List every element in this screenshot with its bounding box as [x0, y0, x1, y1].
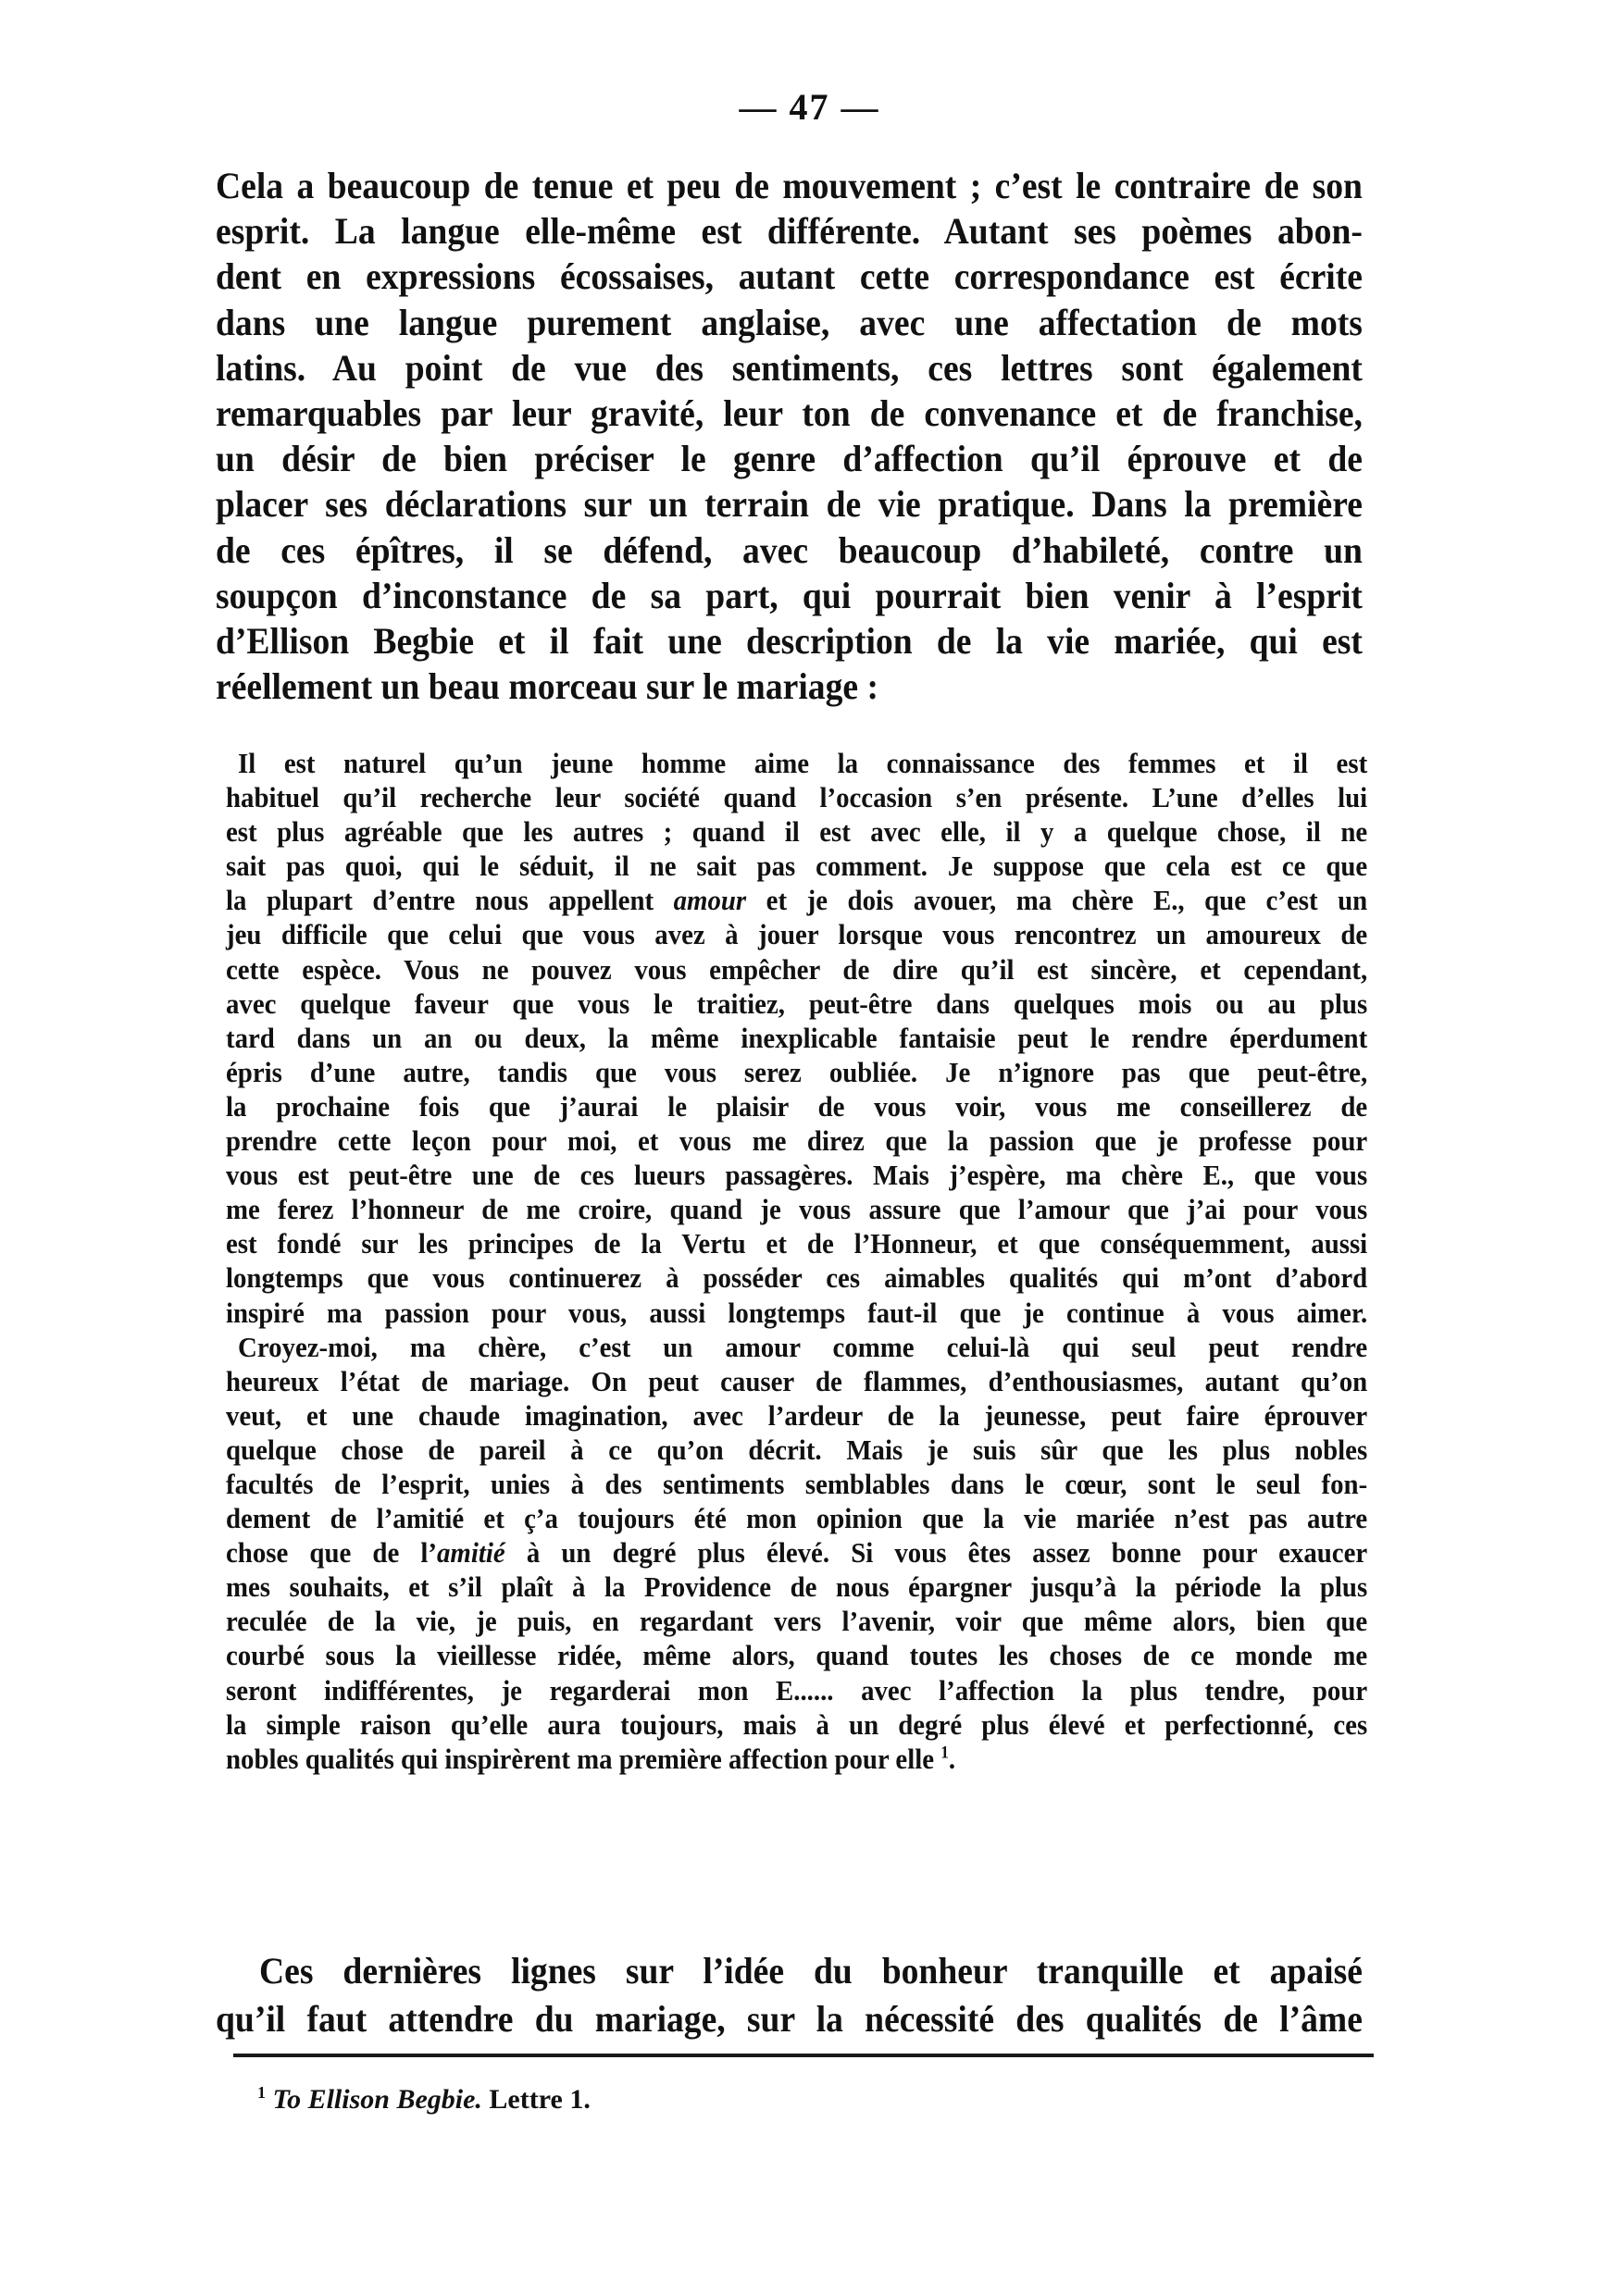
quote-line: prendre cette leçon pour moi, et vous me… [226, 1123, 1367, 1158]
quote-line: est plus agréable que les autres ; quand… [226, 814, 1367, 849]
closing-line: qu’il faut attendre du mariage, sur la n… [216, 1995, 1363, 2043]
quote-line: habituel qu’il recherche leur société qu… [226, 780, 1367, 814]
body-line: Cela a beaucoup de tenue et peu de mouve… [216, 163, 1363, 208]
closing-line: Ces dernières lignes sur l’idée du bonhe… [216, 1947, 1363, 1995]
footnote-citation-title: To Ellison Begbie. [273, 2084, 482, 2115]
quote-line: cette espèce. Vous ne pouvez vous empêch… [226, 952, 1367, 987]
quote-line: la plupart d’entre nous appellent amour … [226, 883, 1367, 917]
quote-line: tard dans un an ou deux, la même inexpli… [226, 1021, 1367, 1055]
body-line: d’Ellison Begbie et il fait une descript… [216, 618, 1363, 664]
body-line: placer ses déclarations sur un terrain d… [216, 481, 1363, 527]
quote-line: seront indifférentes, je regarderai mon … [226, 1673, 1367, 1707]
body-line: dans une langue purement anglaise, avec … [216, 300, 1363, 345]
footnote-marker: 1 [257, 2083, 266, 2102]
body-line: un désir de bien préciser le genre d’aff… [216, 436, 1363, 481]
quote-line: facultés de l’esprit, unies à des sentim… [226, 1467, 1367, 1501]
body-paragraph: Cela a beaucoup de tenue et peu de mouve… [216, 163, 1363, 709]
body-line: réellement un beau morceau sur le mariag… [216, 664, 1363, 709]
footnote: 1 To Ellison Begbie. Lettre 1. [257, 2084, 591, 2116]
quote-line: chose que de l’amitié à un degré plus él… [226, 1535, 1367, 1570]
quote-line: la prochaine fois que j’aurai le plaisir… [226, 1089, 1367, 1123]
quote-line: inspiré ma passion pour vous, aussi long… [226, 1296, 1367, 1330]
body-line: latins. Au point de vue des sentiments, … [216, 345, 1363, 391]
scanned-book-page: — 47 — Cela a beaucoup de tenue et peu d… [0, 0, 1619, 2296]
quote-line: est fondé sur les principes de la Vertu … [226, 1226, 1367, 1260]
quote-line: longtemps que vous continuerez à posséde… [226, 1260, 1367, 1295]
page-number: — 47 — [0, 85, 1619, 129]
body-line: esprit. La langue elle-même est différen… [216, 208, 1363, 254]
quote-line: heureux l’état de mariage. On peut cause… [226, 1364, 1367, 1398]
quote-line: reculée de la vie, je puis, en regardant… [226, 1604, 1367, 1638]
quote-line: la simple raison qu’elle aura toujours, … [226, 1707, 1367, 1742]
block-quote-letter: Il est naturel qu’un jeune homme aime la… [226, 746, 1367, 1776]
footnote-citation-text: Lettre 1. [482, 2084, 591, 2115]
quote-line: mes souhaits, et s’il plaît à la Provide… [226, 1570, 1367, 1604]
quote-line: quelque chose de pareil à ce qu’on décri… [226, 1433, 1367, 1467]
quote-line: épris d’une autre, tandis que vous serez… [226, 1055, 1367, 1089]
quote-line: vous est peut-être une de ces lueurs pas… [226, 1158, 1367, 1192]
quote-text: la plupart d’entre nous appellent [226, 884, 674, 916]
quote-line: me ferez l’honneur de me croire, quand j… [226, 1192, 1367, 1226]
italic-word-amour: amour [674, 884, 747, 916]
quote-line: Il est naturel qu’un jeune homme aime la… [226, 746, 1367, 780]
body-line: soupçon d’inconstance de sa part, qui po… [216, 573, 1363, 618]
quote-line: jeu difficile que celui que vous avez à … [226, 917, 1367, 951]
quote-line: sait pas quoi, qui le séduit, il ne sait… [226, 849, 1367, 883]
quote-line: veut, et une chaude imagination, avec l’… [226, 1398, 1367, 1433]
quote-line: avec quelque faveur que vous le traitiez… [226, 987, 1367, 1021]
footnote-separator-rule [233, 2054, 1374, 2057]
quote-text: chose que de l’ [226, 1536, 437, 1569]
closing-paragraph: Ces dernières lignes sur l’idée du bonhe… [216, 1947, 1363, 2043]
body-line: de ces épîtres, il se défend, avec beauc… [216, 527, 1363, 573]
quote-line: Croyez-moi, ma chère, c’est un amour com… [226, 1330, 1367, 1364]
quote-line: nobles qualités qui inspirèrent ma premi… [226, 1742, 1367, 1776]
quote-line: dement de l’amitié et ç’a toujours été m… [226, 1501, 1367, 1535]
quote-text: nobles qualités qui inspirèrent ma premi… [226, 1743, 934, 1775]
quote-end-punctuation: . [949, 1743, 955, 1775]
quote-text: et je dois avouer, ma chère E., que c’es… [746, 884, 1367, 916]
footnote-reference[interactable]: 1 [940, 1743, 949, 1762]
quote-line: courbé sous la vieillesse ridée, même al… [226, 1638, 1367, 1672]
quote-text: à un degré plus élevé. Si vous êtes asse… [505, 1536, 1368, 1569]
body-line: remarquables par leur gravité, leur ton … [216, 391, 1363, 436]
italic-word-amitie: amitié [437, 1536, 505, 1569]
body-line: dent en expressions écossaises, autant c… [216, 254, 1363, 299]
